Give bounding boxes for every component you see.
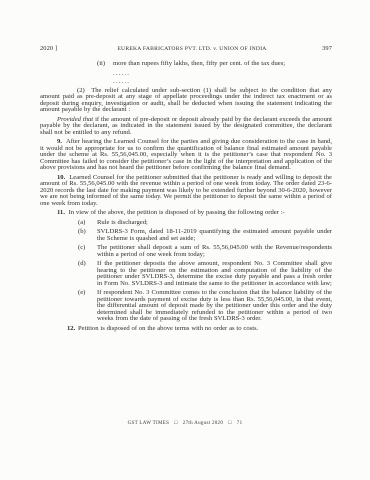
order-item-label: (a) bbox=[78, 220, 97, 227]
quote-proviso: Provided that if the amount of pre-depos… bbox=[40, 117, 332, 137]
clause-ii-label: (ii) bbox=[97, 61, 113, 68]
order-item-a: (a)Rule is discharged; bbox=[40, 220, 332, 227]
order-item-b: (b)SVLDRS-3 Form, dated 18-11-2019 quant… bbox=[40, 229, 332, 242]
header-year: 2020 ] bbox=[40, 45, 92, 52]
order-item-c: (c)The petitioner shall deposit a sum of… bbox=[40, 245, 332, 258]
paragraph-text: In view of the above, the petition is di… bbox=[69, 209, 285, 216]
judgment-paragraph-12: 12.Petition is disposed of on the above … bbox=[40, 326, 332, 333]
paragraph-number: 11. bbox=[57, 209, 65, 216]
page-number: 397 bbox=[292, 45, 332, 52]
order-item-text: If respondent No. 3 Committee comes to t… bbox=[97, 289, 332, 322]
paragraph-number: 12. bbox=[67, 326, 78, 333]
order-item-label: (e) bbox=[78, 290, 97, 297]
case-title: EUREKA FABRICATORS PVT. LTD. v. UNION OF… bbox=[92, 46, 292, 53]
order-item-label: (c) bbox=[78, 245, 97, 252]
order-item-text: If the petitioner deposits the above amo… bbox=[97, 260, 332, 287]
running-head: 2020 ] EUREKA FABRICATORS PVT. LTD. v. U… bbox=[40, 45, 332, 53]
page-footer: GST LAW TIMES □ 27th August 2020 □ 71 bbox=[0, 420, 370, 427]
order-item-text: SVLDRS-3 Form, dated 18-11-2019 quantify… bbox=[97, 228, 332, 242]
journal-name: GST LAW TIMES bbox=[128, 420, 170, 427]
judgment-paragraph-11: 11. In view of the above, the petition i… bbox=[40, 210, 332, 217]
square-separator-icon: □ bbox=[174, 420, 178, 427]
order-item-d: (d)If the petitioner deposits the above … bbox=[40, 261, 332, 287]
order-item-text: Rule is discharged; bbox=[97, 219, 148, 226]
quote-clause-ii: (ii)more than rupees fifty lakhs, then, … bbox=[40, 61, 332, 68]
judgment-paragraph-10: 10. Learned Counsel for the petitioner s… bbox=[40, 175, 332, 208]
judgment-body: (ii)more than rupees fifty lakhs, then, … bbox=[40, 61, 332, 332]
law-report-page: 2020 ] EUREKA FABRICATORS PVT. LTD. v. U… bbox=[0, 0, 370, 480]
judgment-paragraph-9: 9. After hearing the Learned Counsel for… bbox=[40, 139, 332, 172]
order-item-label: (b) bbox=[78, 229, 97, 236]
square-separator-icon: □ bbox=[228, 420, 232, 427]
footer-page-number: 71 bbox=[237, 420, 243, 427]
paragraph-text: Petition is disposed of on the above ter… bbox=[78, 325, 258, 332]
quote-subsection-2: (2) The relief calculated under sub-sect… bbox=[40, 88, 332, 114]
order-item-text: The petitioner shall deposit a sum of Rs… bbox=[97, 244, 332, 258]
quote-ellipsis-line: ...... bbox=[40, 71, 332, 78]
order-item-e: (e)If respondent No. 3 Committee comes t… bbox=[40, 290, 332, 323]
quote-ellipsis-line: ...... bbox=[40, 79, 332, 86]
clause-ii-text: more than rupees fifty lakhs, then, fift… bbox=[113, 60, 285, 67]
paragraph-text: Learned Counsel for the petitioner submi… bbox=[40, 174, 332, 207]
order-item-label: (d) bbox=[78, 261, 97, 268]
issue-date: 27th August 2020 bbox=[183, 420, 223, 427]
paragraph-text: After hearing the Learned Counsel for th… bbox=[40, 138, 332, 171]
